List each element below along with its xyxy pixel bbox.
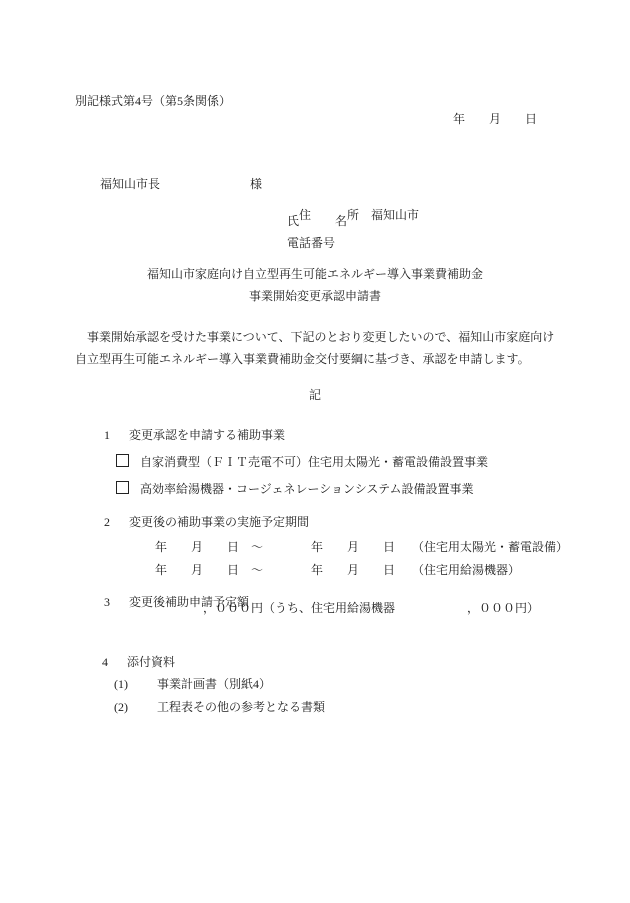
application-form-page: 別記様式第4号（第5条関係） 年 月 日 福知山市長様 住 所福知山市 氏 名 … (0, 0, 630, 903)
record-marker: 記 (0, 387, 630, 403)
section3-number: 3 (104, 594, 116, 610)
applicant-name-label: 氏 名 (287, 213, 347, 229)
period-note-water-heater: （住宅用給湯機器） (412, 563, 520, 577)
applicant-phone-label: 電話番号 (287, 235, 335, 251)
address-value: 福知山市 (371, 208, 419, 222)
document-title-line2: 事業開始変更承認申請書 (0, 288, 630, 304)
addressee-line: 福知山市長様 (88, 160, 262, 208)
body-paragraph-line1: 事業開始承認を受けた事業について、下記のとおり変更したいので、福知山市家庭向け (75, 329, 554, 345)
body-paragraph-line2: 自立型再生可能エネルギー導入事業費補助金交付要綱に基づき、承認を申請します。 (75, 351, 530, 367)
amount-line: ，０００円（うち、住宅用給湯機器 ，０００円） (203, 600, 539, 616)
checkbox-water-heater[interactable] (116, 481, 129, 494)
option-label-water-heater: 高効率給湯機器・コージェネレーションシステム設備設置事業 (140, 482, 474, 496)
document-title-line1: 福知山市家庭向け自立型再生可能エネルギー導入事業費補助金 (0, 266, 630, 282)
date-field: 年 月 日 (453, 111, 537, 127)
attachment-item-2: (2)工程表その他の参考となる書類 (102, 683, 325, 731)
form-number: 別記様式第4号（第5条関係） (75, 93, 231, 109)
addressee-name: 福知山市長 (100, 177, 160, 191)
attachment-item-2-text: 工程表その他の参考となる書類 (157, 700, 325, 714)
section2-number: 2 (104, 514, 116, 530)
attachment-item-2-number: (2) (114, 699, 136, 715)
period-dates-water-heater: 年 月 日 ～ 年 月 日 (155, 563, 395, 577)
addressee-honorific: 様 (250, 177, 262, 191)
